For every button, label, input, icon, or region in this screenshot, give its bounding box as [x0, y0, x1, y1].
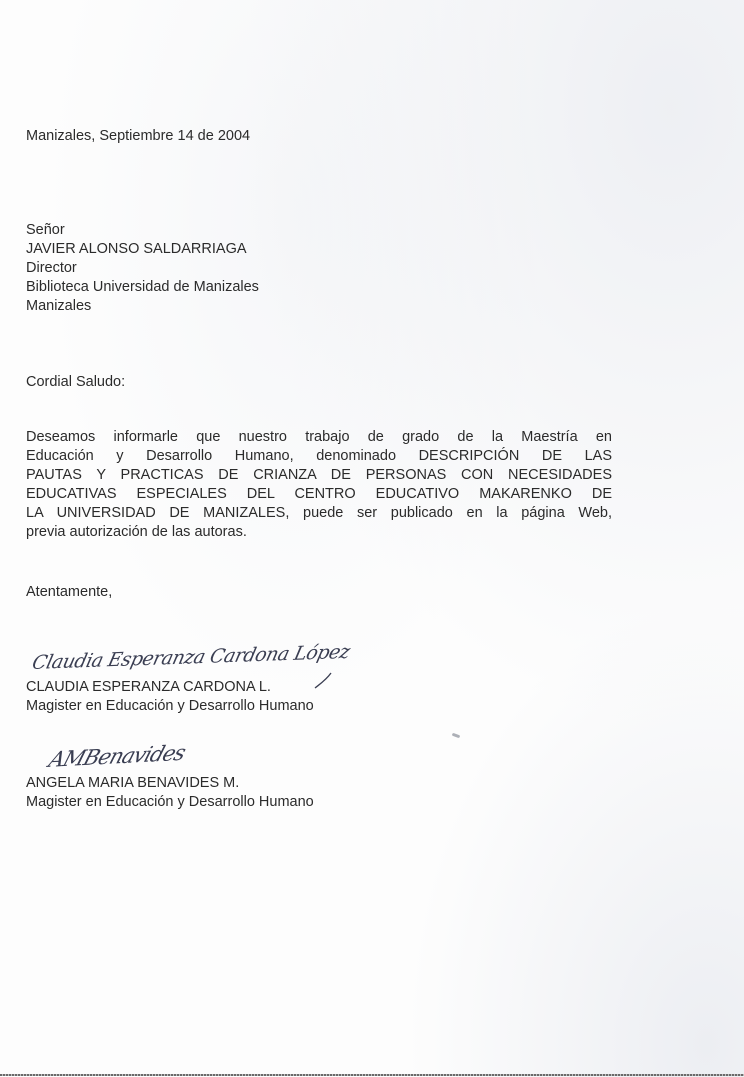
handwritten-signature-2: AMBenavides	[46, 741, 188, 772]
recipient-salutation-title: Señor	[26, 221, 65, 240]
closing: Atentamente,	[26, 583, 112, 602]
body-line: LA UNIVERSIDAD DE MANIZALES, puede ser p…	[26, 504, 612, 523]
recipient-position: Director	[26, 259, 77, 278]
place-and-date: Manizales, Septiembre 14 de 2004	[26, 127, 250, 146]
signatory-2-name: ANGELA MARIA BENAVIDES M.	[26, 774, 239, 793]
signatory-2-title: Magister en Educación y Desarrollo Human…	[26, 793, 314, 812]
body-line: Educación y Desarrollo Humano, denominad…	[26, 447, 612, 466]
signatory-1-name: CLAUDIA ESPERANZA CARDONA L.	[26, 678, 271, 697]
signatory-1-title: Magister en Educación y Desarrollo Human…	[26, 697, 314, 716]
greeting: Cordial Saludo:	[26, 373, 125, 392]
recipient-city: Manizales	[26, 297, 91, 316]
letter-body: Deseamos informarle que nuestro trabajo …	[26, 428, 612, 542]
body-line: previa autorización de las autoras.	[26, 523, 612, 542]
recipient-name: JAVIER ALONSO SALDARRIAGA	[26, 240, 247, 259]
body-line: PAUTAS Y PRACTICAS DE CRIANZA DE PERSONA…	[26, 466, 612, 485]
body-line: EDUCATIVAS ESPECIALES DEL CENTRO EDUCATI…	[26, 485, 612, 504]
scan-speck	[452, 733, 461, 739]
scanned-letter-page: Manizales, Septiembre 14 de 2004 Señor J…	[0, 0, 744, 1077]
scan-bottom-edge	[0, 1074, 744, 1076]
recipient-organization: Biblioteca Universidad de Manizales	[26, 278, 259, 297]
body-line: Deseamos informarle que nuestro trabajo …	[26, 428, 612, 447]
handwritten-signature-1: Claudia Esperanza Cardona López	[30, 641, 352, 674]
signature-flourish-icon	[312, 670, 334, 690]
